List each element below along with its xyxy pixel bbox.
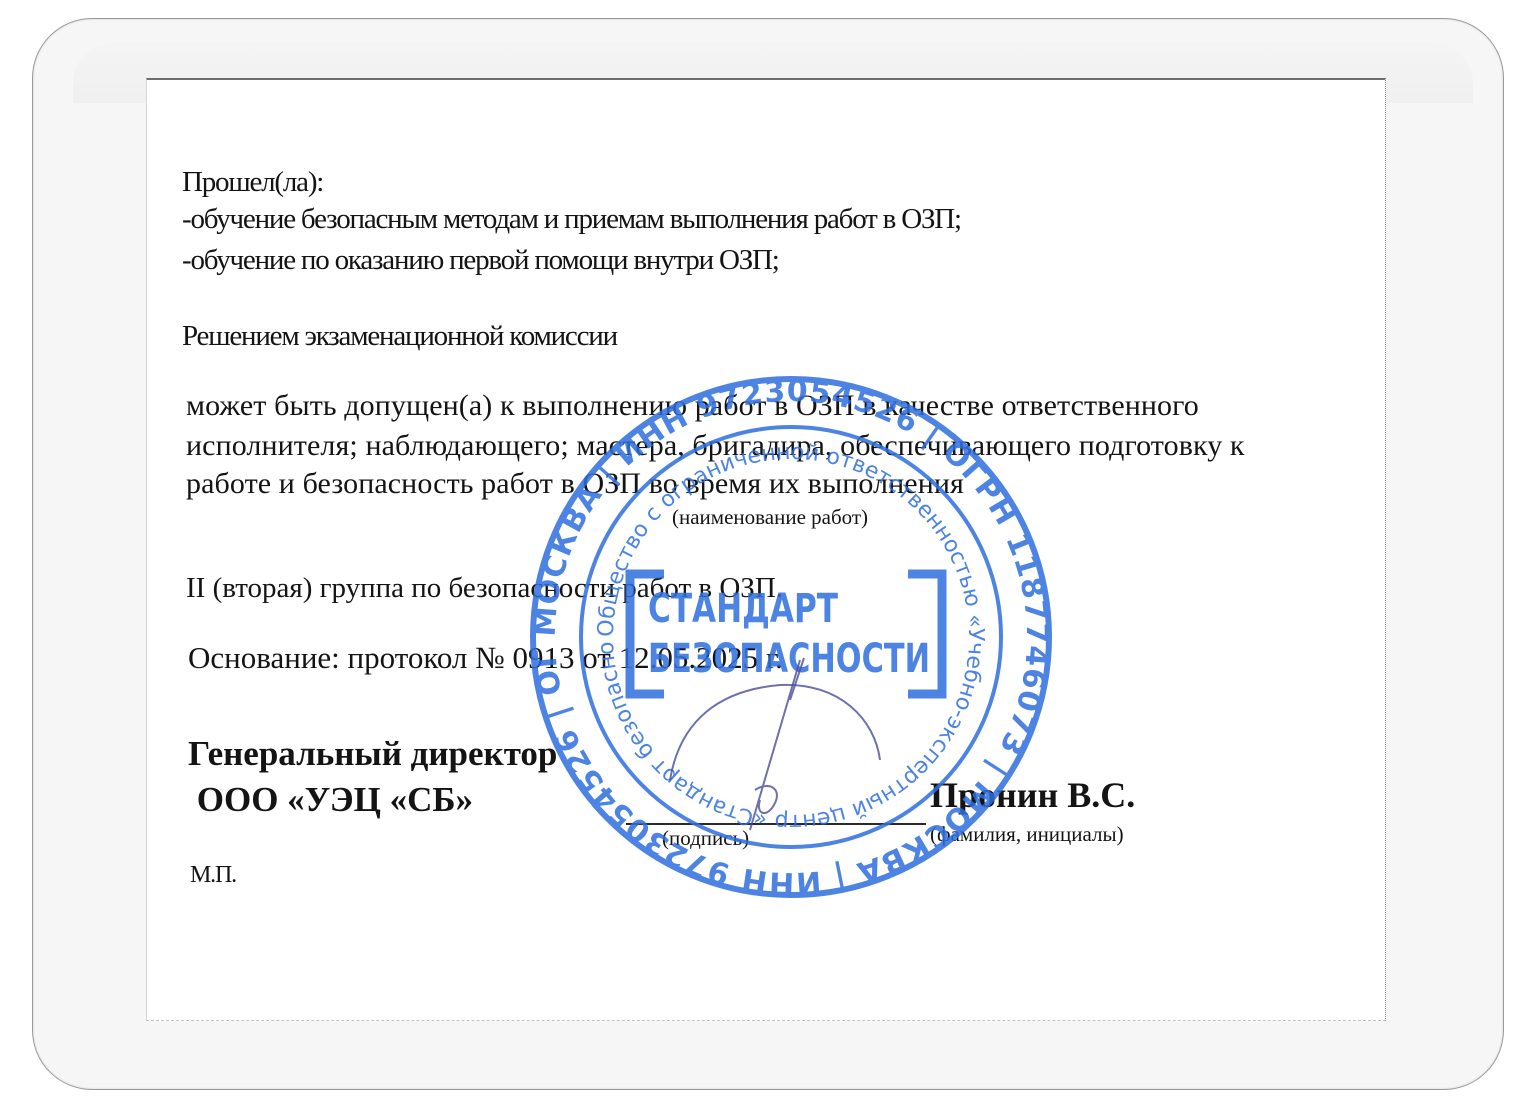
seal-mark: М.П. bbox=[190, 862, 236, 889]
admission-line-2: исполнителя; наблюдающего; мастера, бриг… bbox=[186, 429, 1245, 463]
signatory-title: Генеральный директор bbox=[188, 734, 557, 774]
work-name-caption: (наименование работ) bbox=[672, 505, 868, 530]
training-item-2: -обучение по оказанию первой помощи внут… bbox=[182, 244, 779, 277]
admission-line-1: может быть допущен(а) к выполнению работ… bbox=[186, 389, 1199, 423]
signature-caption: (подпись) bbox=[662, 826, 749, 851]
commission-decision: Решением экзаменационной комиссии bbox=[182, 320, 617, 353]
organization-name: ООО «УЭЦ «СБ» bbox=[188, 780, 473, 820]
basis-protocol: Основание: протокол № 0913 от 12.05.2025… bbox=[188, 640, 783, 676]
signatory-name: Пронин В.С. bbox=[930, 774, 1135, 816]
completed-label: Прошел(ла): bbox=[182, 166, 323, 199]
admission-line-3: работе и безопасность работ в ОЗП во вре… bbox=[186, 467, 964, 501]
training-item-1: -обучение безопасным методам и приемам в… bbox=[182, 203, 961, 236]
safety-group: II (вторая) группа по безопасности работ… bbox=[186, 572, 783, 605]
signature-line bbox=[626, 823, 926, 825]
name-caption: (фамилия, инициалы) bbox=[930, 822, 1124, 847]
